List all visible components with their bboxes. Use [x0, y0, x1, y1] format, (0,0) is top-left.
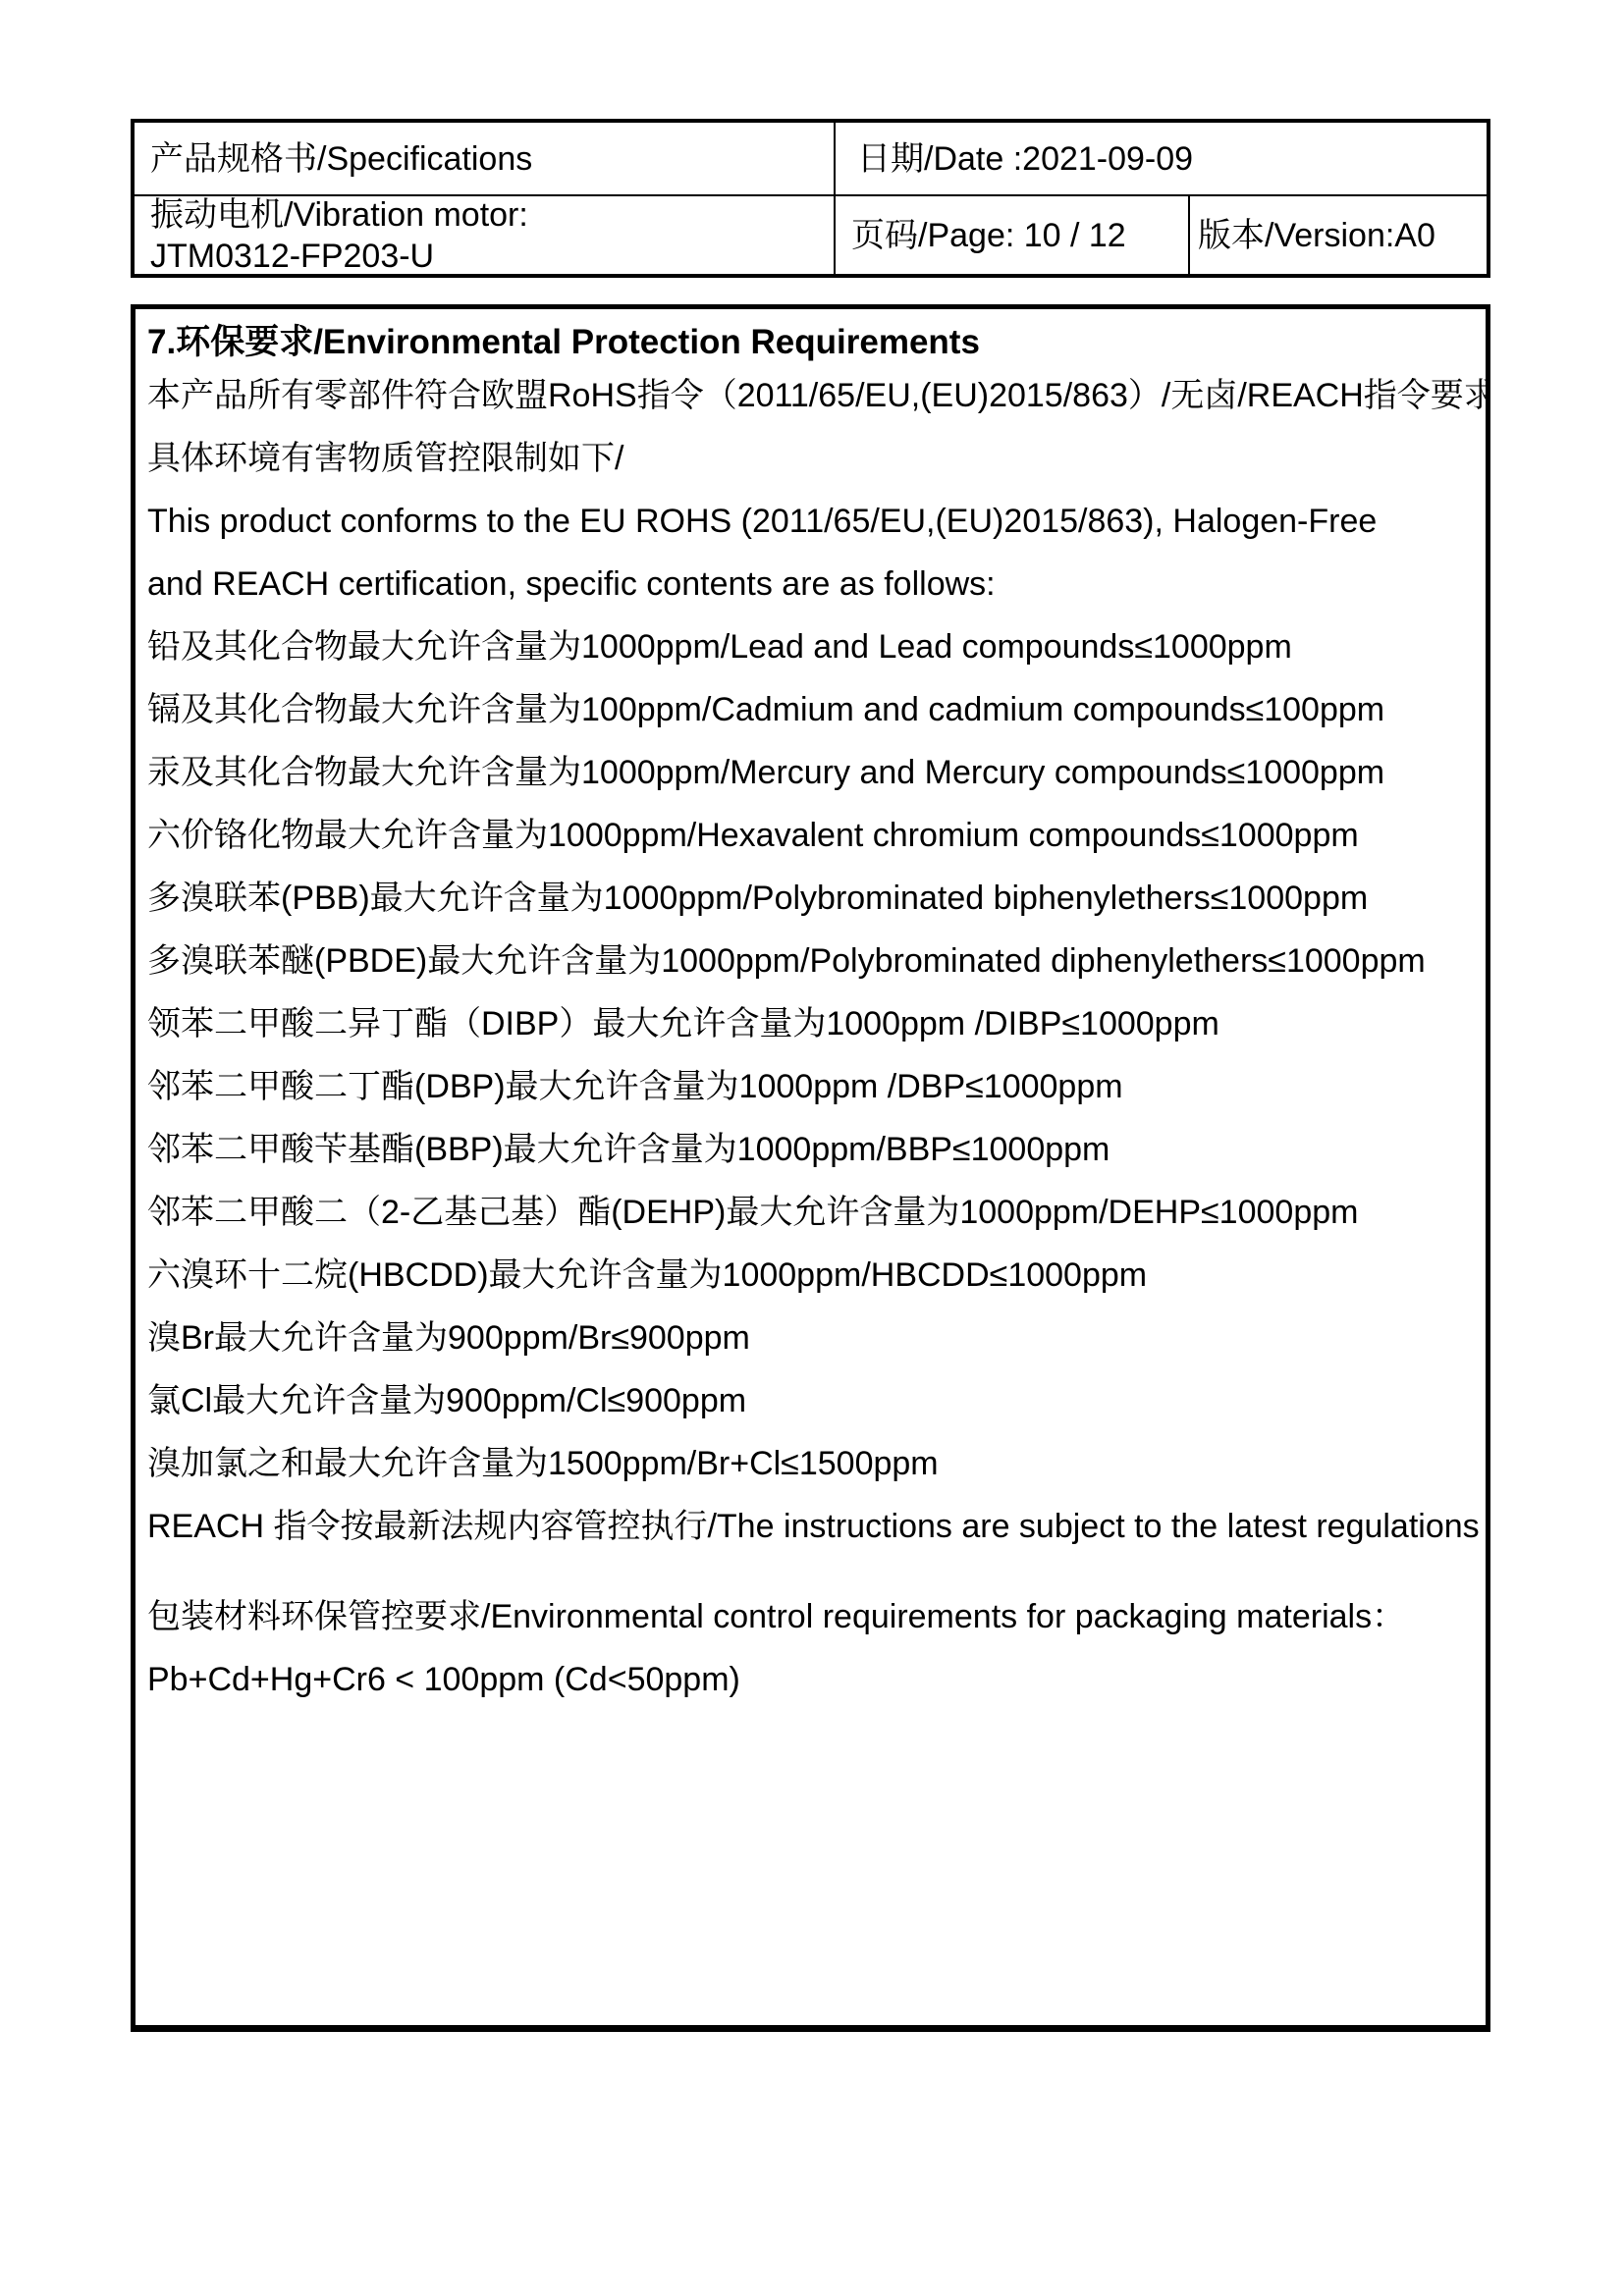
motor-name-text: 振动电机/Vibration motor:	[150, 194, 834, 236]
spec-line-intro-en-1: This product conforms to the EU ROHS (20…	[147, 490, 1474, 553]
date-text: 日期/Date :2021-09-09	[857, 138, 1487, 180]
spec-line-cl: 氯Cl最大允许含量为900ppm/Cl≤900ppm	[147, 1369, 1474, 1432]
spec-line-bbp: 邻苯二甲酸苄基酯(BBP)最大允许含量为1000ppm/BBP≤1000ppm	[147, 1118, 1474, 1181]
spec-line-pbb: 多溴联苯(PBB)最大允许含量为1000ppm/Polybrominated b…	[147, 867, 1474, 930]
motor-model-text: JTM0312-FP203-U	[150, 236, 834, 275]
spec-line-reach: REACH 指令按最新法规内容管控执行/The instructions are…	[147, 1495, 1474, 1558]
spec-line-cadmium: 镉及其化合物最大允许含量为100ppm/Cadmium and cadmium …	[147, 678, 1474, 741]
spec-line-packaging-limit: Pb+Cd+Hg+Cr6 < 100ppm (Cd<50ppm)	[147, 1648, 1474, 1711]
header-table: 产品规格书/Specifications 日期/Date :2021-09-09…	[131, 119, 1490, 278]
section-title: 7.环保要求/Environmental Protection Requirem…	[147, 321, 1474, 364]
spec-line-dbp: 邻苯二甲酸二丁酯(DBP)最大允许含量为1000ppm /DBP≤1000ppm	[147, 1055, 1474, 1118]
spec-line-pbde: 多溴联苯醚(PBDE)最大允许含量为1000ppm/Polybrominated…	[147, 930, 1474, 992]
header-cell-spec-title: 产品规格书/Specifications	[135, 123, 834, 194]
specification-page: 产品规格书/Specifications 日期/Date :2021-09-09…	[0, 0, 1624, 2296]
spec-line-br: 溴Br最大允许含量为900ppm/Br≤900ppm	[147, 1307, 1474, 1369]
spec-line-intro-en-2: and REACH certification, specific conten…	[147, 553, 1474, 615]
version-text: 版本/Version:A0	[1198, 215, 1487, 256]
spec-line-chromium: 六价铬化物最大允许含量为1000ppm/Hexavalent chromium …	[147, 804, 1474, 867]
spec-line-lead: 铅及其化合物最大允许含量为1000ppm/Lead and Lead compo…	[147, 615, 1474, 678]
spec-line-packaging: 包装材料环保管控要求/Environmental control require…	[147, 1585, 1474, 1648]
page-number-text: 页码/Page: 10 / 12	[851, 215, 1188, 256]
spec-line-intro-zh-2: 具体环境有害物质管控限制如下/	[147, 427, 1474, 490]
header-cell-version: 版本/Version:A0	[1188, 194, 1487, 274]
spec-title-text: 产品规格书/Specifications	[150, 138, 834, 180]
spec-line-hbcdd: 六溴环十二烷(HBCDD)最大允许含量为1000ppm/HBCDD≤1000pp…	[147, 1244, 1474, 1307]
header-cell-motor: 振动电机/Vibration motor: JTM0312-FP203-U	[135, 194, 834, 274]
spec-line-mercury: 汞及其化合物最大允许含量为1000ppm/Mercury and Mercury…	[147, 741, 1474, 804]
header-cell-date: 日期/Date :2021-09-09	[834, 123, 1487, 194]
spec-line-dibp: 领苯二甲酸二异丁酯（DIBP）最大允许含量为1000ppm /DIBP≤1000…	[147, 992, 1474, 1055]
spec-line-br-cl: 溴加氯之和最大允许含量为1500ppm/Br+Cl≤1500ppm	[147, 1432, 1474, 1495]
spec-line-intro-zh-1: 本产品所有零部件符合欧盟RoHS指令（2011/65/EU,(EU)2015/8…	[147, 364, 1474, 427]
header-cell-page: 页码/Page: 10 / 12	[834, 194, 1188, 274]
environmental-requirements-section: 7.环保要求/Environmental Protection Requirem…	[131, 304, 1490, 2032]
spec-line-dehp: 邻苯二甲酸二（2-乙基己基）酯(DEHP)最大允许含量为1000ppm/DEHP…	[147, 1181, 1474, 1244]
